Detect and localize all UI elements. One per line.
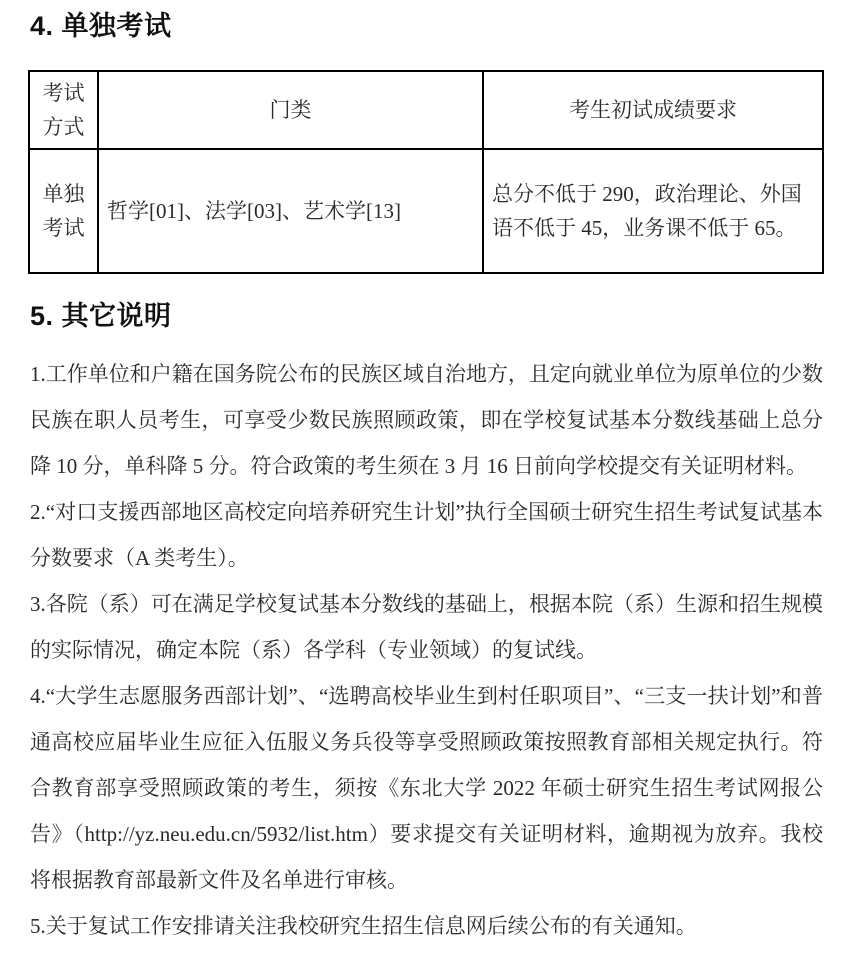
- cell-score-requirement: 总分不低于 290，政治理论、外国语不低于 45，业务课不低于 65。: [483, 149, 823, 273]
- cell-category: 哲学[01]、法学[03]、艺术学[13]: [98, 149, 483, 273]
- table-header-exam-method: 考试方式: [29, 71, 98, 149]
- table-header-row: 考试方式 门类 考生初试成绩要求: [29, 71, 823, 149]
- notes-paragraphs: 1.工作单位和户籍在国务院公布的民族区域自治地方，且定向就业单位为原单位的少数民…: [30, 351, 823, 949]
- note-paragraph-1: 1.工作单位和户籍在国务院公布的民族区域自治地方，且定向就业单位为原单位的少数民…: [30, 351, 823, 489]
- table-header-category: 门类: [98, 71, 483, 149]
- section-heading-separate-exam: 4. 单独考试: [30, 8, 823, 44]
- note-paragraph-3: 3.各院（系）可在满足学校复试基本分数线的基础上，根据本院（系）生源和招生规模的…: [30, 581, 823, 673]
- document-page: 4. 单独考试 考试方式 门类 考生初试成绩要求 单独考试 哲学[01]、法学[…: [0, 0, 850, 966]
- cell-exam-method: 单独考试: [29, 149, 98, 273]
- table-row: 单独考试 哲学[01]、法学[03]、艺术学[13] 总分不低于 290，政治理…: [29, 149, 823, 273]
- note-paragraph-4: 4.“大学生志愿服务西部计划”、“选聘高校毕业生到村任职项目”、“三支一扶计划”…: [30, 673, 823, 903]
- table-header-score-requirement: 考生初试成绩要求: [483, 71, 823, 149]
- separate-exam-table: 考试方式 门类 考生初试成绩要求 单独考试 哲学[01]、法学[03]、艺术学[…: [28, 70, 824, 274]
- section-heading-other-notes: 5. 其它说明: [30, 298, 823, 334]
- note-paragraph-5: 5.关于复试工作安排请关注我校研究生招生信息网后续公布的有关通知。: [30, 903, 823, 949]
- note-paragraph-2: 2.“对口支援西部地区高校定向培养研究生计划”执行全国硕士研究生招生考试复试基本…: [30, 489, 823, 581]
